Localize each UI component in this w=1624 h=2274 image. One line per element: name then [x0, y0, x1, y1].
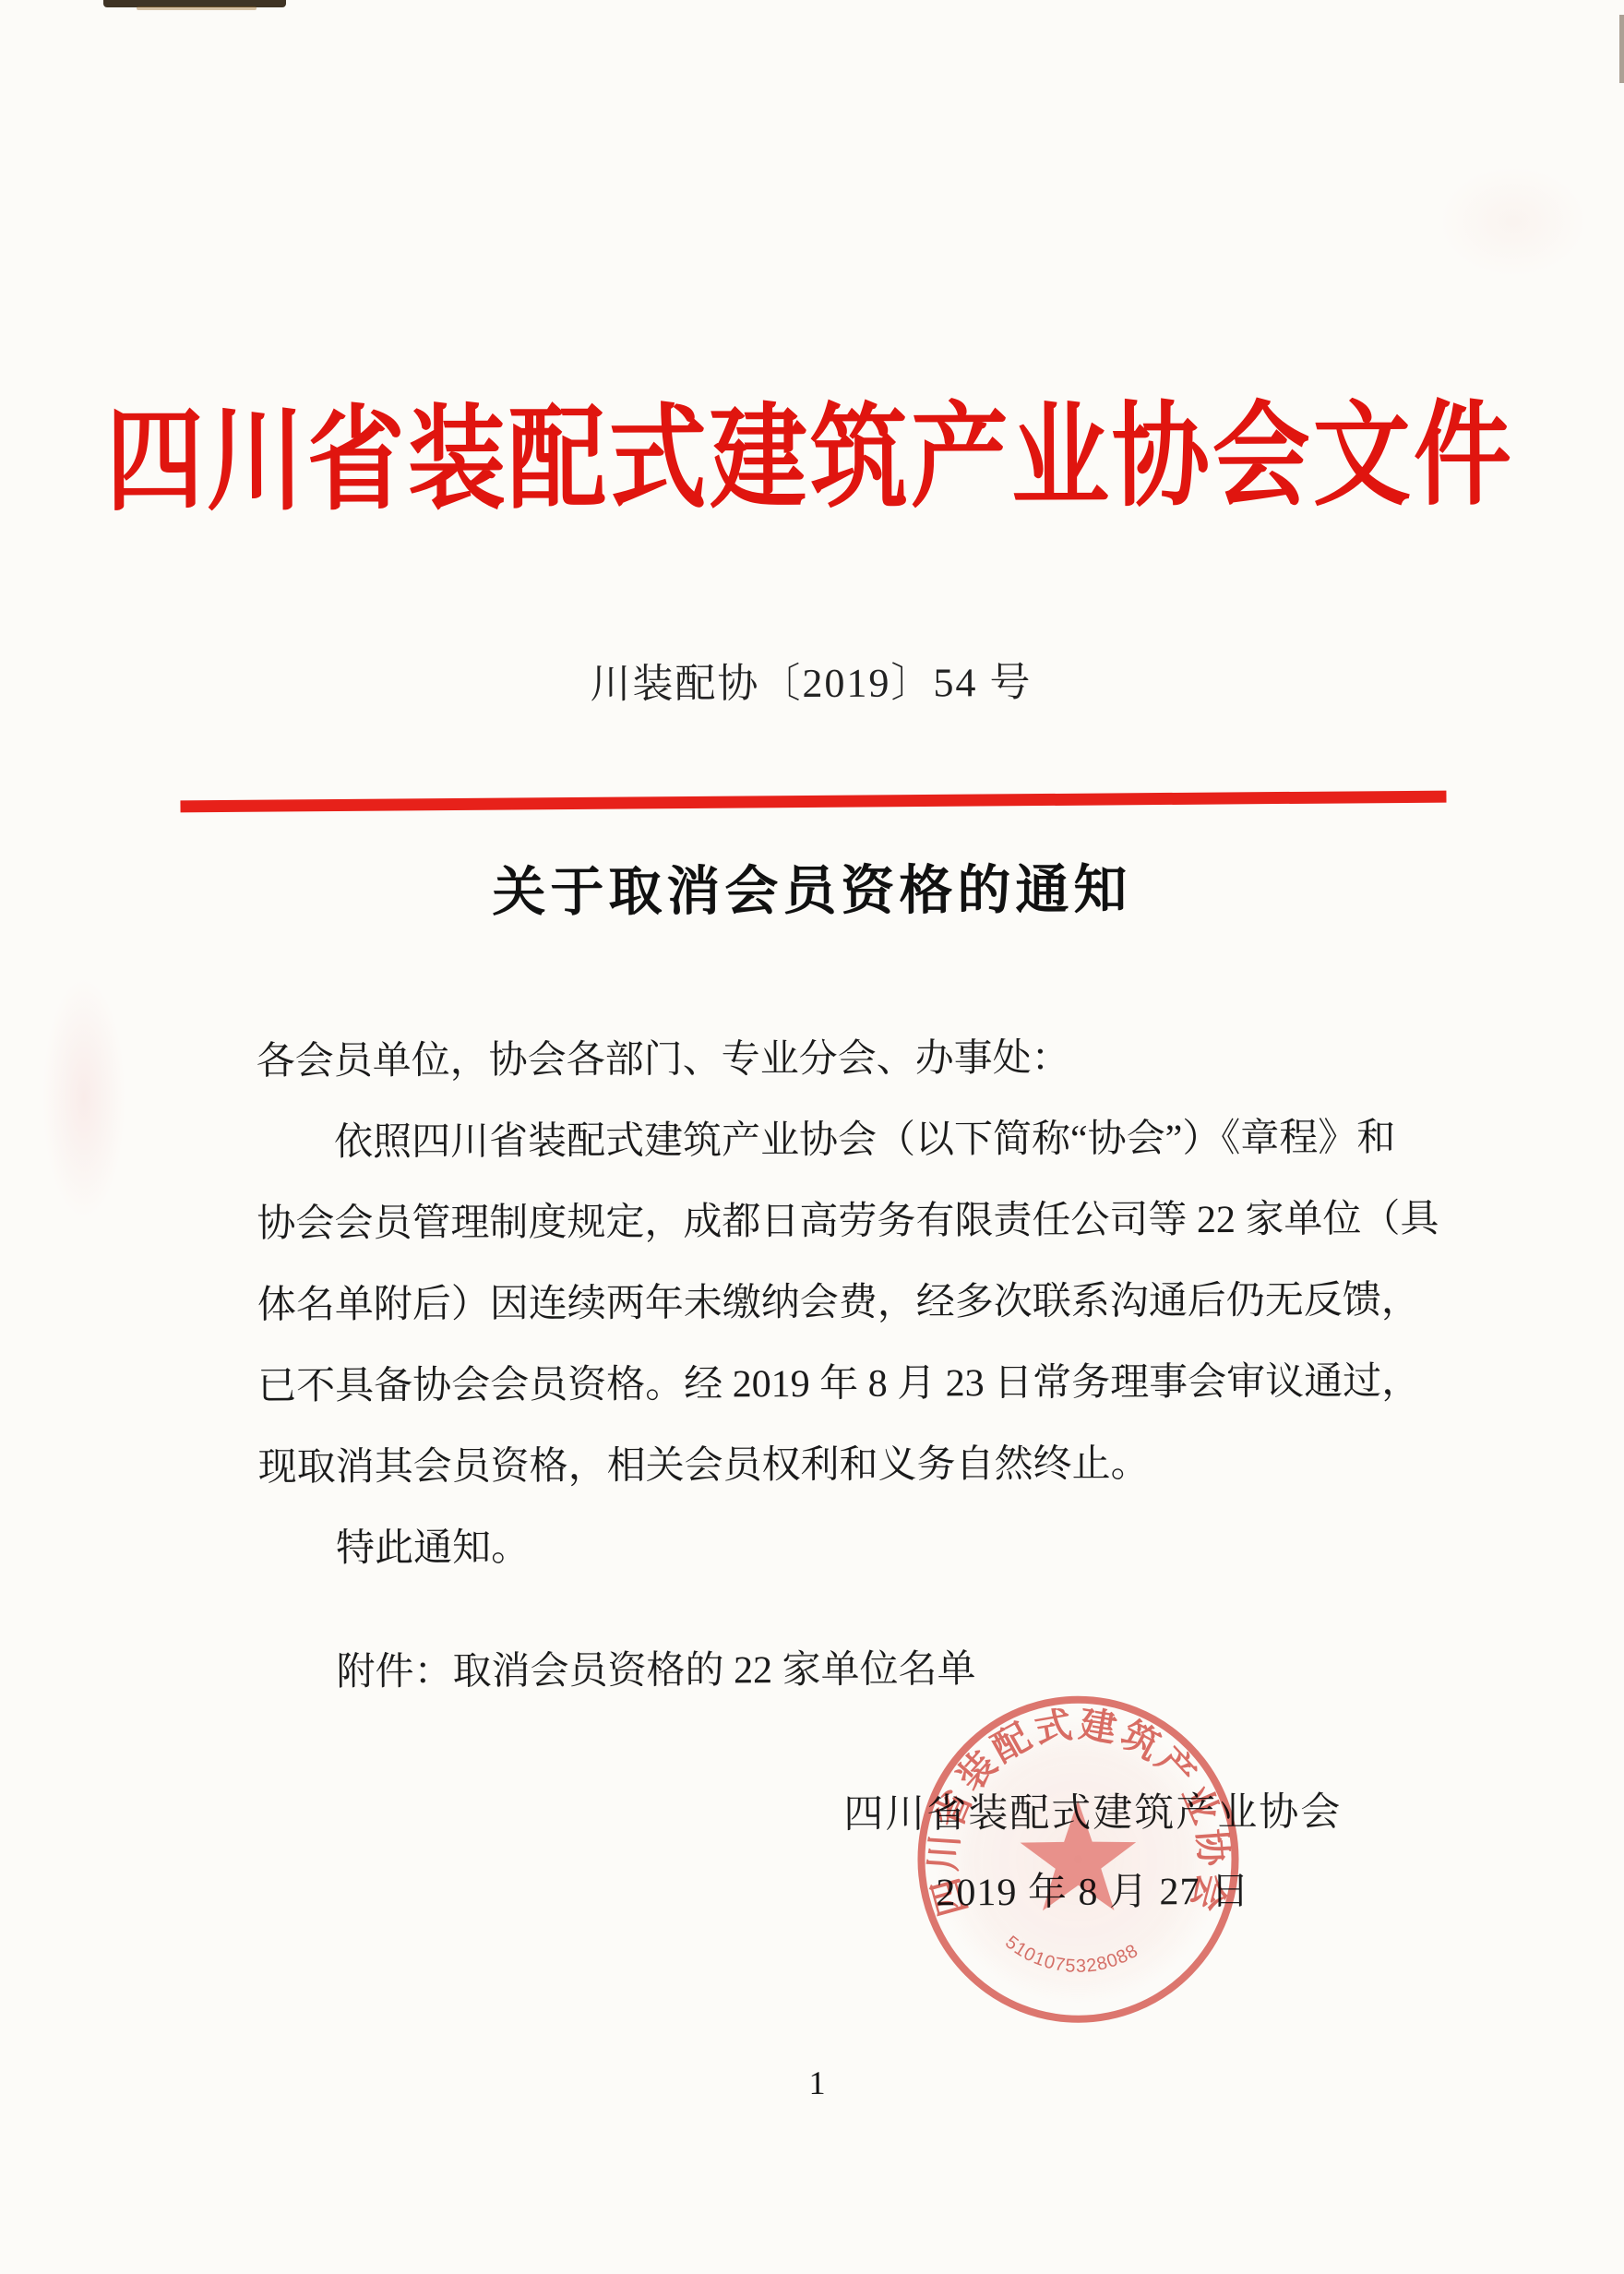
- red-divider-rule: [180, 791, 1446, 813]
- body-line: 协会会员管理制度规定，成都日高劳务有限责任公司等 22 家单位（具: [257, 1179, 1406, 1264]
- document-number: 川装配协〔2019〕54 号: [0, 646, 1623, 712]
- body-line: 体名单附后）因连续两年未缴纳会费，经多次联系沟通后仍无反馈，: [257, 1260, 1407, 1346]
- body-line: 现取消其会员资格，相关会员权利和义务自然终止。: [257, 1422, 1407, 1508]
- salutation-line: 各会员单位，协会各部门、专业分会、办事处：: [257, 1016, 1406, 1102]
- official-seal-stamp: 四川省装配式建筑产业协会 5101075328088: [910, 1691, 1248, 2029]
- document-content: 四川省装配式建筑产业协会文件 川装配协〔2019〕54 号 关于取消会员资格的通…: [0, 0, 1624, 2274]
- notice-title: 关于取消会员资格的通知: [0, 844, 1624, 928]
- scanned-document-page: 四川省装配式建筑产业协会文件 川装配协〔2019〕54 号 关于取消会员资格的通…: [0, 0, 1624, 2274]
- page-number: 1: [5, 2060, 1624, 2106]
- notice-body: 各会员单位，协会各部门、专业分会、办事处： 依照四川省装配式建筑产业协会（以下简…: [257, 1016, 1409, 1589]
- body-line: 依照四川省装配式建筑产业协会（以下简称“协会”）《章程》和: [257, 1097, 1406, 1183]
- body-line: 已不具备协会会员资格。经 2019 年 8 月 23 日常务理事会审议通过，: [257, 1341, 1407, 1427]
- closing-line: 特此通知。: [258, 1503, 1408, 1589]
- letterhead-title: 四川省装配式建筑产业协会文件: [0, 364, 1622, 533]
